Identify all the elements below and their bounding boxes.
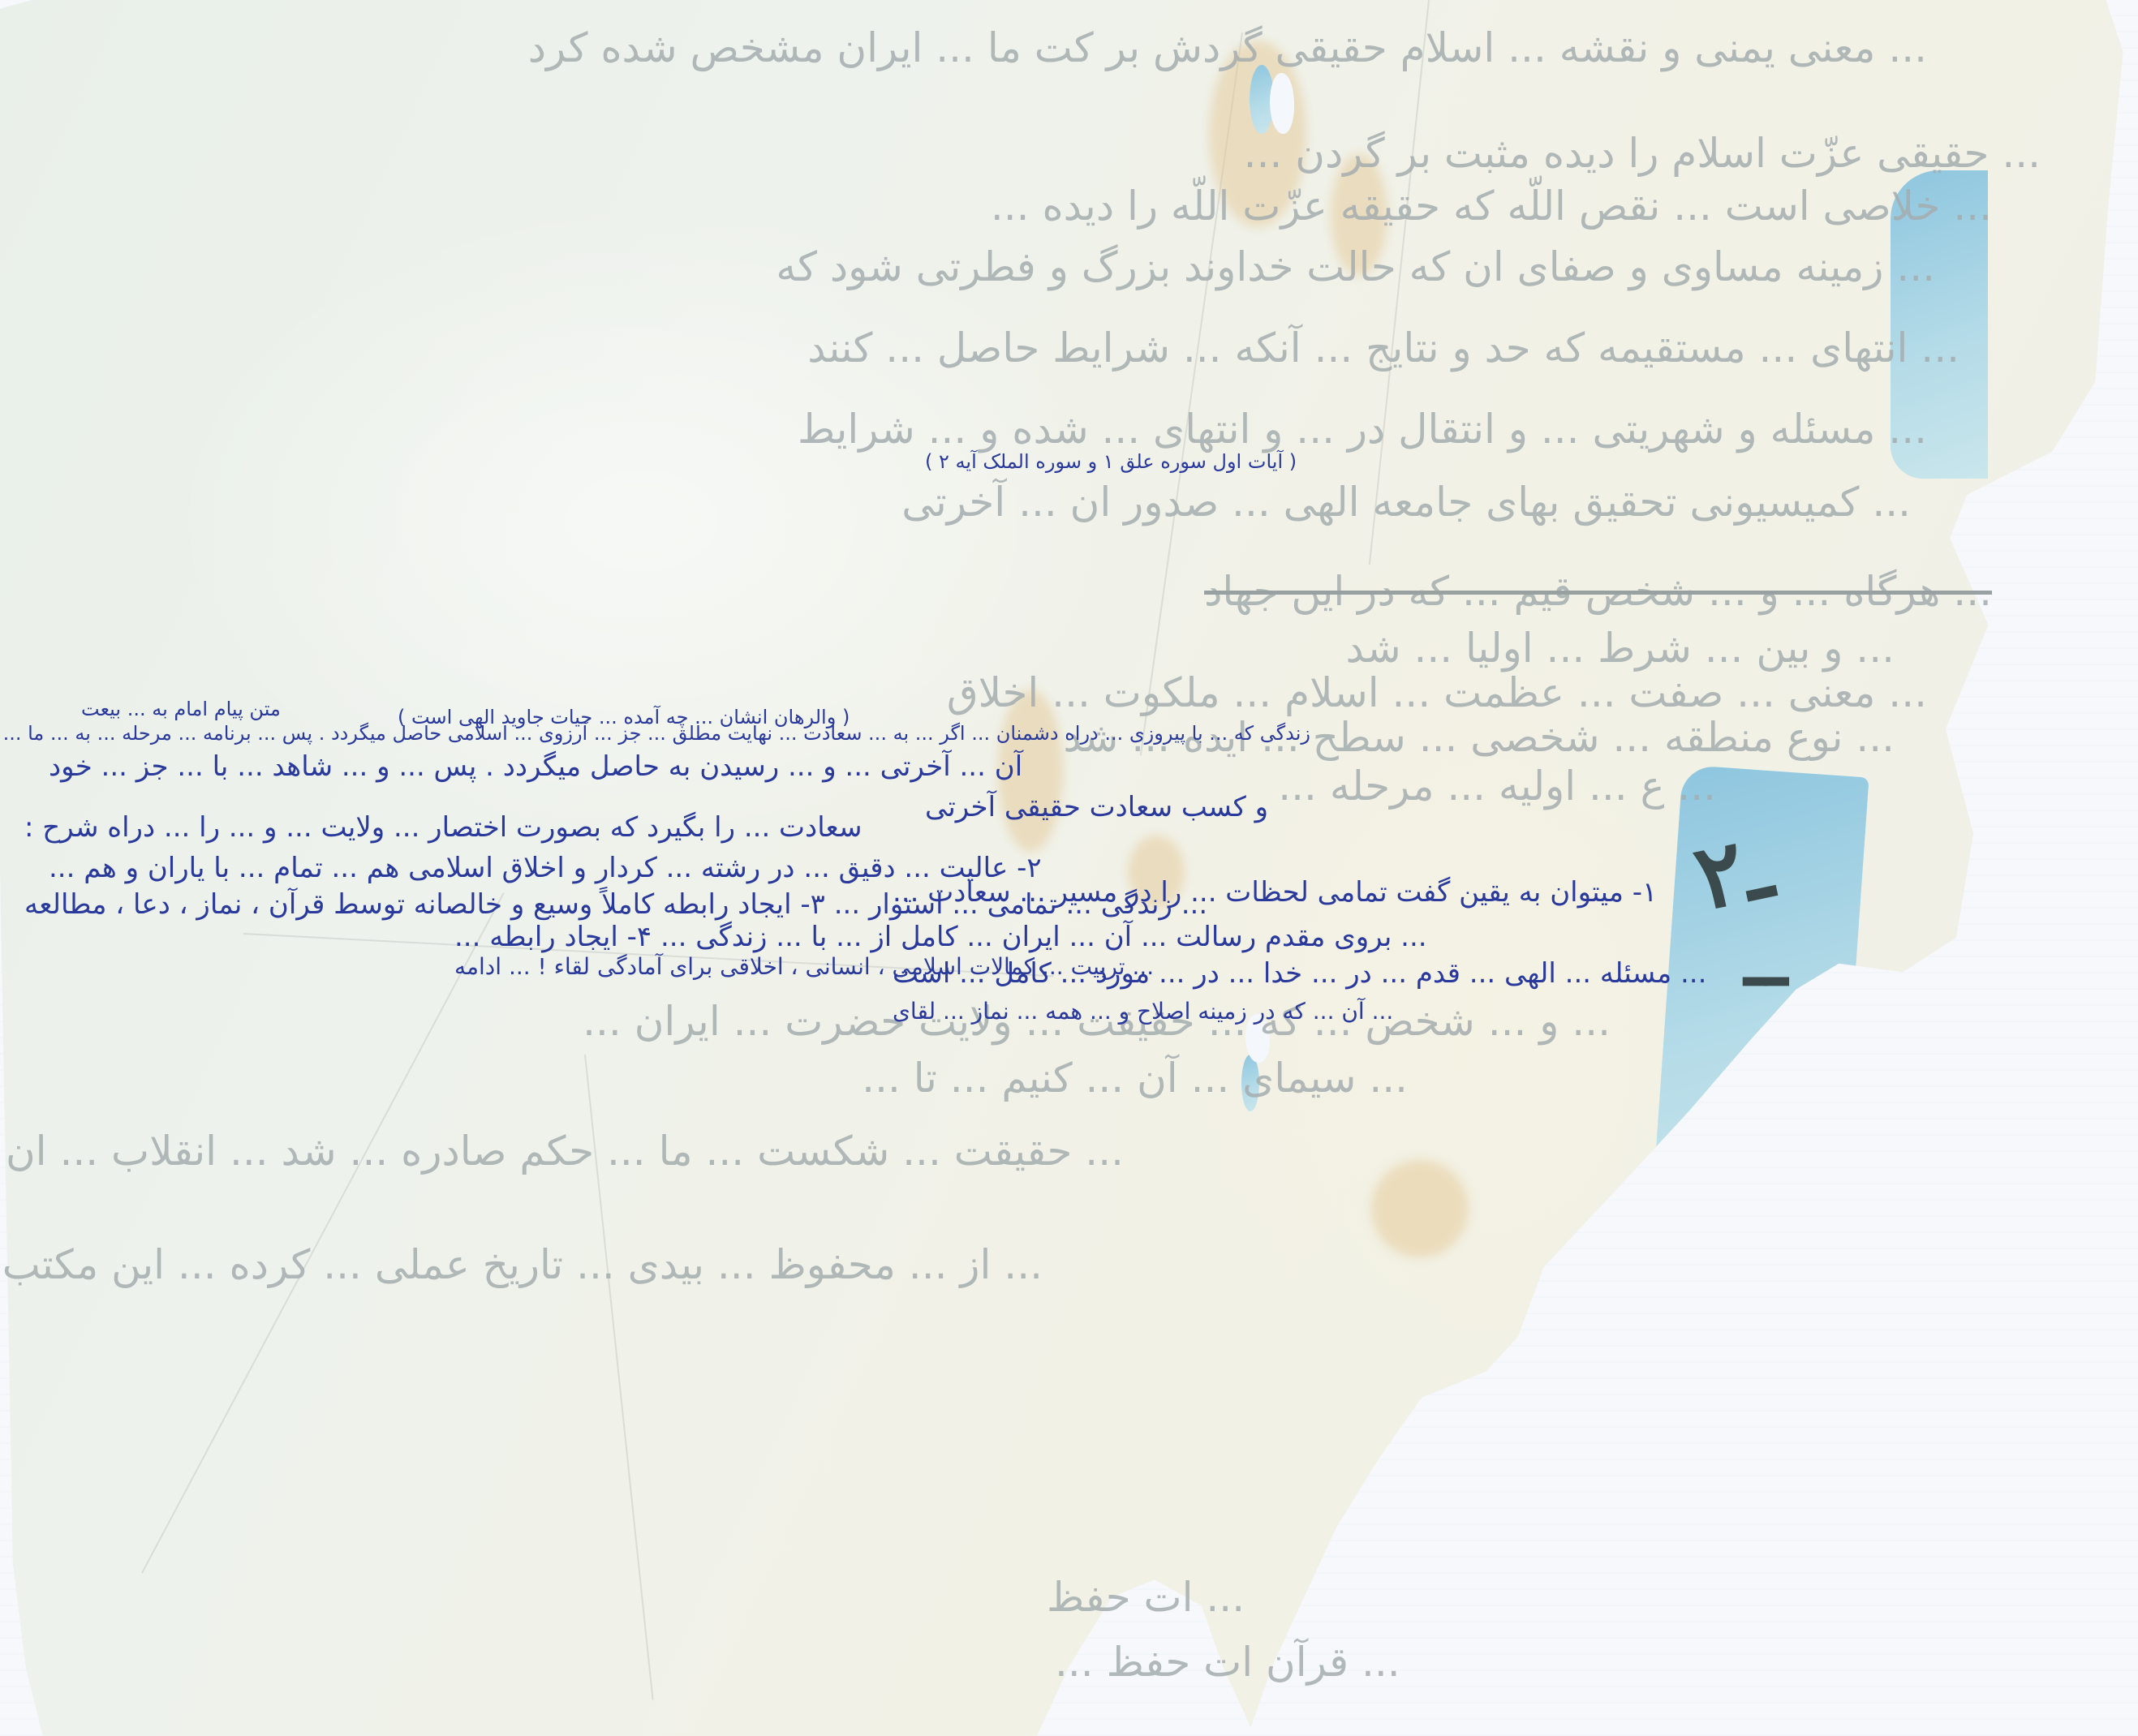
pencil-line: ... کمیسیونی تحقیق بهای جامعه الهی ... ص…: [901, 479, 1911, 526]
ink-line: ... تربیت ... کمالات اسلامی ، انسانی ، ا…: [454, 953, 1154, 980]
ink-line: و کسب سعادت حقیقی آخرتی: [925, 791, 1268, 823]
ink-line: ... بروی مقدم رسالت ... آن ... ایران ...…: [454, 921, 1427, 953]
paper-crease: [141, 892, 505, 1574]
ink-line: ... زندگی ... تمامی ... استوار ... ۳- ای…: [24, 888, 1207, 921]
pencil-line: ... معنی ... صفت ... عظمت ... اسلام ... …: [947, 669, 1927, 716]
pencil-line: ... زمینه مساوی و صفای ان که حالت خداوند…: [776, 243, 1935, 290]
pencil-line: ... حقیقت ... شکست ... ما ... حکم صادره …: [0, 1128, 1124, 1175]
pencil-line: ... معنی یمنی و نقشه ... اسلام حقیقی گرد…: [528, 24, 1927, 71]
ink-line: زندگی که ... با پیروزی ... دراه دشمنان .…: [0, 722, 1310, 745]
pencil-line: ... مسئله و شهریتی ... و انتقال در ... و…: [798, 406, 1927, 453]
paper-hole: [1270, 73, 1294, 134]
pencil-line: ... هرگاه ... و ... شخص قیم ... که در ای…: [1204, 568, 1992, 615]
pencil-line: ... خلاصی است ... نقص اللّه که حقیقه عزّ…: [991, 183, 1992, 230]
ink-line: آن ... آخرتی ... و ... رسیدن به حاصل میگ…: [49, 750, 1022, 783]
ink-line: سعادت ... را بگیرد که بصورت اختصار ... و…: [24, 811, 862, 844]
ink-line: ۲- عالیت ... دقیق ... در رشته ... کردار …: [49, 852, 1042, 884]
ink-note-reference: ( آیات اول سوره علق ۱ و سوره الملک آیه ۲…: [925, 450, 1297, 473]
stain: [1371, 1160, 1469, 1257]
pencil-line: ... حقیقی عزّت اسلام را دیده مثبت بر گرد…: [1244, 130, 2041, 177]
pencil-line: ... ع ... اولیه ... مرحله ...: [1278, 763, 1716, 810]
pencil-line: ... و بین ... شرط ... اولیا ... شد: [1345, 625, 1895, 672]
pencil-line: ... قرآن ات حفظ ...: [1055, 1639, 1400, 1686]
ink-line: ... آن ... که در زمینه اصلاح و ... همه .…: [893, 998, 1393, 1025]
pencil-line: ... ات حفظ: [1047, 1574, 1245, 1621]
printed-glyph: ــ: [1744, 917, 1787, 1003]
ink-side-note: متن پیام امام به ... بیعت: [81, 698, 281, 720]
pencil-line: ... سیمای ... آن ... کنیم ... تا ...: [862, 1055, 1408, 1102]
pencil-line: ... از ... محفوظ ... بیدی ... تاریخ عملی…: [0, 1241, 1043, 1288]
pencil-line: ... انتهای ... مستقیمه که حد و نتایج ...…: [807, 324, 1959, 372]
